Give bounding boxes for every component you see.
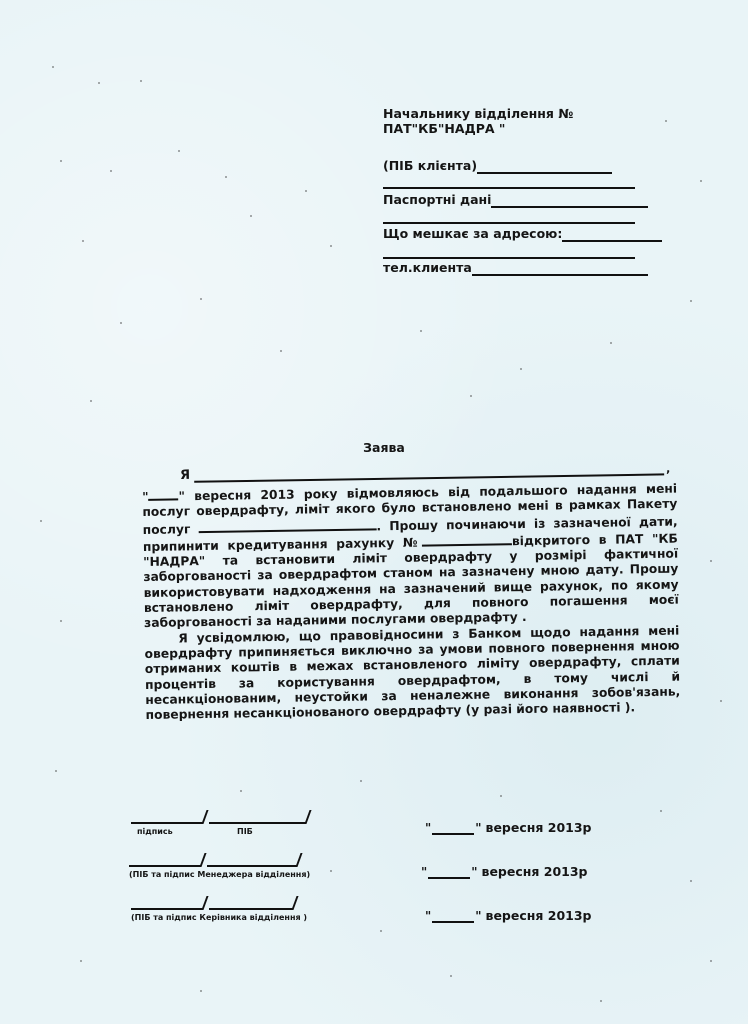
head-date-day-blank[interactable]	[432, 913, 474, 923]
manager-date-text: вересня 2013р	[482, 864, 588, 879]
signature-caption: підпись	[131, 827, 237, 836]
passport-field[interactable]: Паспортні дані	[383, 192, 648, 208]
head-date[interactable]: "" вересня 2013р	[425, 908, 592, 923]
day-blank[interactable]	[148, 487, 178, 500]
manager-date-day-blank[interactable]	[428, 869, 470, 879]
manager-caption: (ПІБ та підпис Менеджера відділення)	[129, 870, 310, 879]
client-name-label: (ПІБ клієнта)	[383, 158, 477, 174]
paragraph-1: "" вересня 2013 року відмовляюсь від под…	[142, 480, 679, 632]
head-signature-block: (ПІБ та підпис Керівника відділення )	[131, 898, 307, 922]
phone-field[interactable]: тел.клиента	[383, 260, 648, 276]
phone-blank[interactable]	[472, 262, 648, 276]
passport-continuation-line[interactable]	[383, 222, 635, 224]
service-package-blank[interactable]	[198, 517, 376, 533]
paragraph-2: Я усвідомлюю, що правовідносини з Банком…	[144, 623, 680, 723]
client-date[interactable]: "" вересня 2013р	[425, 820, 592, 835]
head-caption: (ПІБ та підпис Керівника відділення )	[131, 913, 307, 922]
account-number-blank[interactable]	[422, 532, 512, 546]
client-name-continuation-line[interactable]	[383, 187, 635, 189]
client-signature-block: підпись ПІБ	[131, 812, 306, 836]
applicant-line[interactable]: Я ,	[180, 460, 670, 483]
client-signature-line[interactable]	[131, 812, 203, 824]
document-body: "" вересня 2013 року відмовляюсь від под…	[142, 480, 681, 724]
name-caption: ПІБ	[237, 827, 253, 836]
passport-label: Паспортні дані	[383, 192, 491, 208]
applicant-name-blank[interactable]	[194, 461, 664, 482]
address-label: Що мешкає за адресою:	[383, 226, 562, 242]
addressee-block: Начальнику відділення № ПАТ"КБ"НАДРА "	[383, 106, 643, 136]
address-field[interactable]: Що мешкає за адресою:	[383, 226, 662, 242]
addressee-line-1: Начальнику відділення №	[383, 106, 643, 121]
client-name-blank[interactable]	[477, 160, 612, 174]
client-name-field[interactable]: (ПІБ клієнта)	[383, 158, 612, 174]
comma: ,	[666, 462, 670, 475]
head-date-text: вересня 2013р	[486, 908, 592, 923]
applicant-prefix: Я	[180, 468, 190, 483]
client-date-day-blank[interactable]	[432, 825, 474, 835]
phone-label: тел.клиента	[383, 260, 472, 276]
address-blank[interactable]	[562, 228, 662, 242]
head-name-line[interactable]	[209, 898, 293, 910]
client-name-line[interactable]	[209, 812, 306, 824]
manager-signature-block: (ПІБ та підпис Менеджера відділення)	[129, 855, 310, 879]
manager-signature-line[interactable]	[129, 855, 201, 867]
manager-date[interactable]: "" вересня 2013р	[421, 864, 588, 879]
addressee-line-2: ПАТ"КБ"НАДРА "	[383, 121, 643, 136]
passport-blank[interactable]	[491, 194, 648, 208]
document-title: Заява	[0, 440, 748, 455]
head-signature-line[interactable]	[131, 898, 203, 910]
client-date-text: вересня 2013р	[486, 820, 592, 835]
manager-name-line[interactable]	[207, 855, 297, 867]
address-continuation-line[interactable]	[383, 257, 635, 259]
scanned-page: Начальнику відділення № ПАТ"КБ"НАДРА " (…	[0, 0, 748, 1024]
